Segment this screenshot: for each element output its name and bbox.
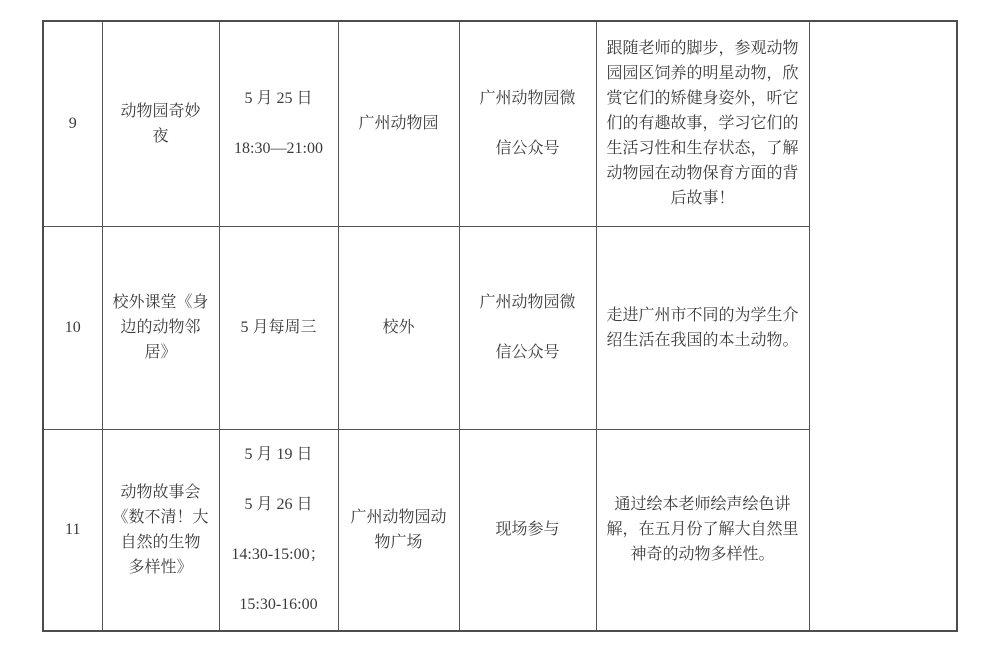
activity-schedule-cell: 5 月 19 日 5 月 26 日 14:30-15:00； 15:30-16:…: [219, 429, 338, 631]
description-cell: 走进广州市不同的为学生介绍生活在我国的本土动物。: [596, 226, 809, 429]
empty-column-cell: [809, 21, 957, 631]
activity-schedule-cell: 5 月每周三: [219, 226, 338, 429]
activity-schedule-table: 9 动物园奇妙 夜 5 月 25 日 18:30—21:00 广州动物园 广州动…: [42, 20, 958, 632]
activity-name-cell: 动物故事会 《数不清！大 自然的生物 多样性》: [102, 429, 219, 631]
activity-schedule-cell: 5 月 25 日 18:30—21:00: [219, 21, 338, 226]
row-number-cell: 9: [43, 21, 102, 226]
activity-name-cell: 动物园奇妙 夜: [102, 21, 219, 226]
row-number-cell: 10: [43, 226, 102, 429]
activity-location-cell: 校外: [338, 226, 459, 429]
table-row-9: 9 动物园奇妙 夜 5 月 25 日 18:30—21:00 广州动物园 广州动…: [43, 21, 957, 226]
description-cell: 跟随老师的脚步，参观动物园园区饲养的明星动物，欣赏它们的矫健身姿外，听它们的有趣…: [596, 21, 809, 226]
description-cell: 通过绘本老师绘声绘色讲解，在五月份了解大自然里神奇的动物多样性。: [596, 429, 809, 631]
activity-location-cell: 广州动物园: [338, 21, 459, 226]
row-number-cell: 11: [43, 429, 102, 631]
activity-name-cell: 校外课堂《身 边的动物邻 居》: [102, 226, 219, 429]
document-page: 9 动物园奇妙 夜 5 月 25 日 18:30—21:00 广州动物园 广州动…: [0, 0, 1000, 652]
participation-cell: 广州动物园微 信公众号: [459, 226, 596, 429]
participation-cell: 现场参与: [459, 429, 596, 631]
participation-cell: 广州动物园微 信公众号: [459, 21, 596, 226]
activity-location-cell: 广州动物园动 物广场: [338, 429, 459, 631]
